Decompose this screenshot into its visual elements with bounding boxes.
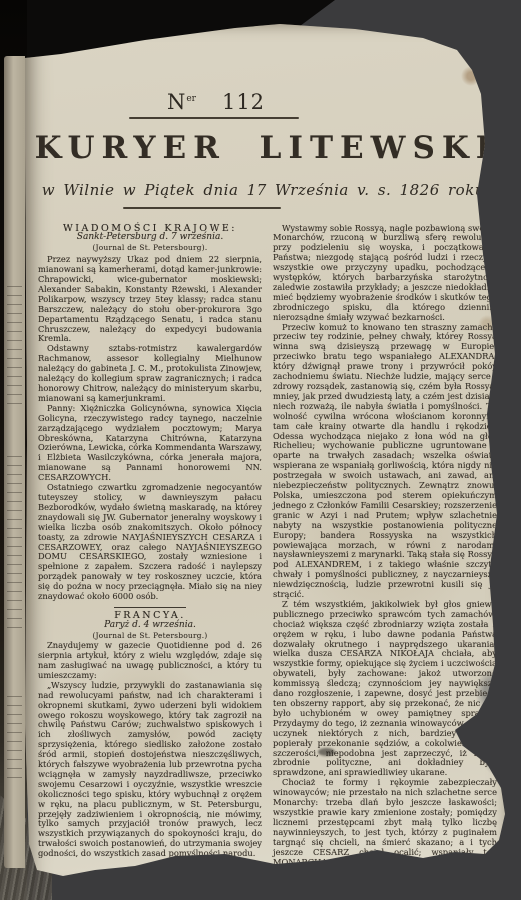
previous-page-text-fragment [7, 286, 22, 406]
newspaper-page: Ner112 KURYER LITEWSKI w Wilnie w Piątek… [25, 24, 507, 884]
previous-page-edge [4, 56, 25, 868]
article-paragraph: „Wszyscy ludzie, przywykli do zastanawia… [38, 681, 262, 859]
article-paragraph: Znaydujemy w gazecie Quotidienne pod d. … [38, 641, 262, 681]
article-paragraph: Odstawny sztabs-rotmistrz kawalergardów … [38, 344, 262, 403]
page-title: KURYER LITEWSKI [25, 130, 507, 166]
section-dateline: Sankt-Petersburg d. 7 września. [38, 233, 262, 243]
article-paragraph: Panny: Xiężniczka Golicynówna, synowica … [38, 404, 262, 483]
section-source: (Journal de St. Petersbourg). [38, 243, 262, 253]
previous-page-text-fragment [7, 696, 22, 786]
masthead-rule-top [129, 117, 299, 119]
section-dateline: Paryż d. 4 września. [38, 621, 262, 631]
masthead-dateline: w Wilnie w Piątek dnia 17 Września v. s.… [25, 181, 507, 199]
masthead-rule-bottom [123, 207, 281, 209]
section-divider-rule [114, 607, 186, 609]
article-columns: WIADOMOŚCI KRAJOWE: Sankt-Petersburg d. … [25, 224, 507, 888]
masthead: Ner112 KURYER LITEWSKI w Wilnie w Piątek… [25, 90, 507, 209]
ink-blot-stain [318, 748, 335, 756]
issue-prefix: N [167, 90, 186, 114]
article-paragraph: Wystawmy sobie Rossyą, nagle pozbawioną … [273, 224, 497, 323]
article-paragraph: Przeciw komuż to knowano ten straszny za… [273, 323, 497, 600]
right-column: Wystawmy sobie Rossyą, nagle pozbawioną … [273, 224, 497, 888]
article-paragraph: Przez naywyższy Ukaz pod dniem 22 sierpn… [38, 255, 262, 344]
previous-page-text-fragment [7, 456, 22, 636]
issue-superscript: er [186, 94, 196, 104]
issue-number: 112 [222, 90, 265, 114]
left-column: WIADOMOŚCI KRAJOWE: Sankt-Petersburg d. … [38, 224, 262, 888]
article-paragraph: Ostatniego czwartku zgromadzenie negocya… [38, 483, 262, 602]
issue-number-line: Ner112 [0, 90, 457, 114]
article-paragraph: Z tém wszystkiém, jakikolwiek był głos g… [273, 600, 497, 778]
article-paragraph: Chociaż te formy i rękoymie zabezpieczał… [273, 778, 497, 887]
